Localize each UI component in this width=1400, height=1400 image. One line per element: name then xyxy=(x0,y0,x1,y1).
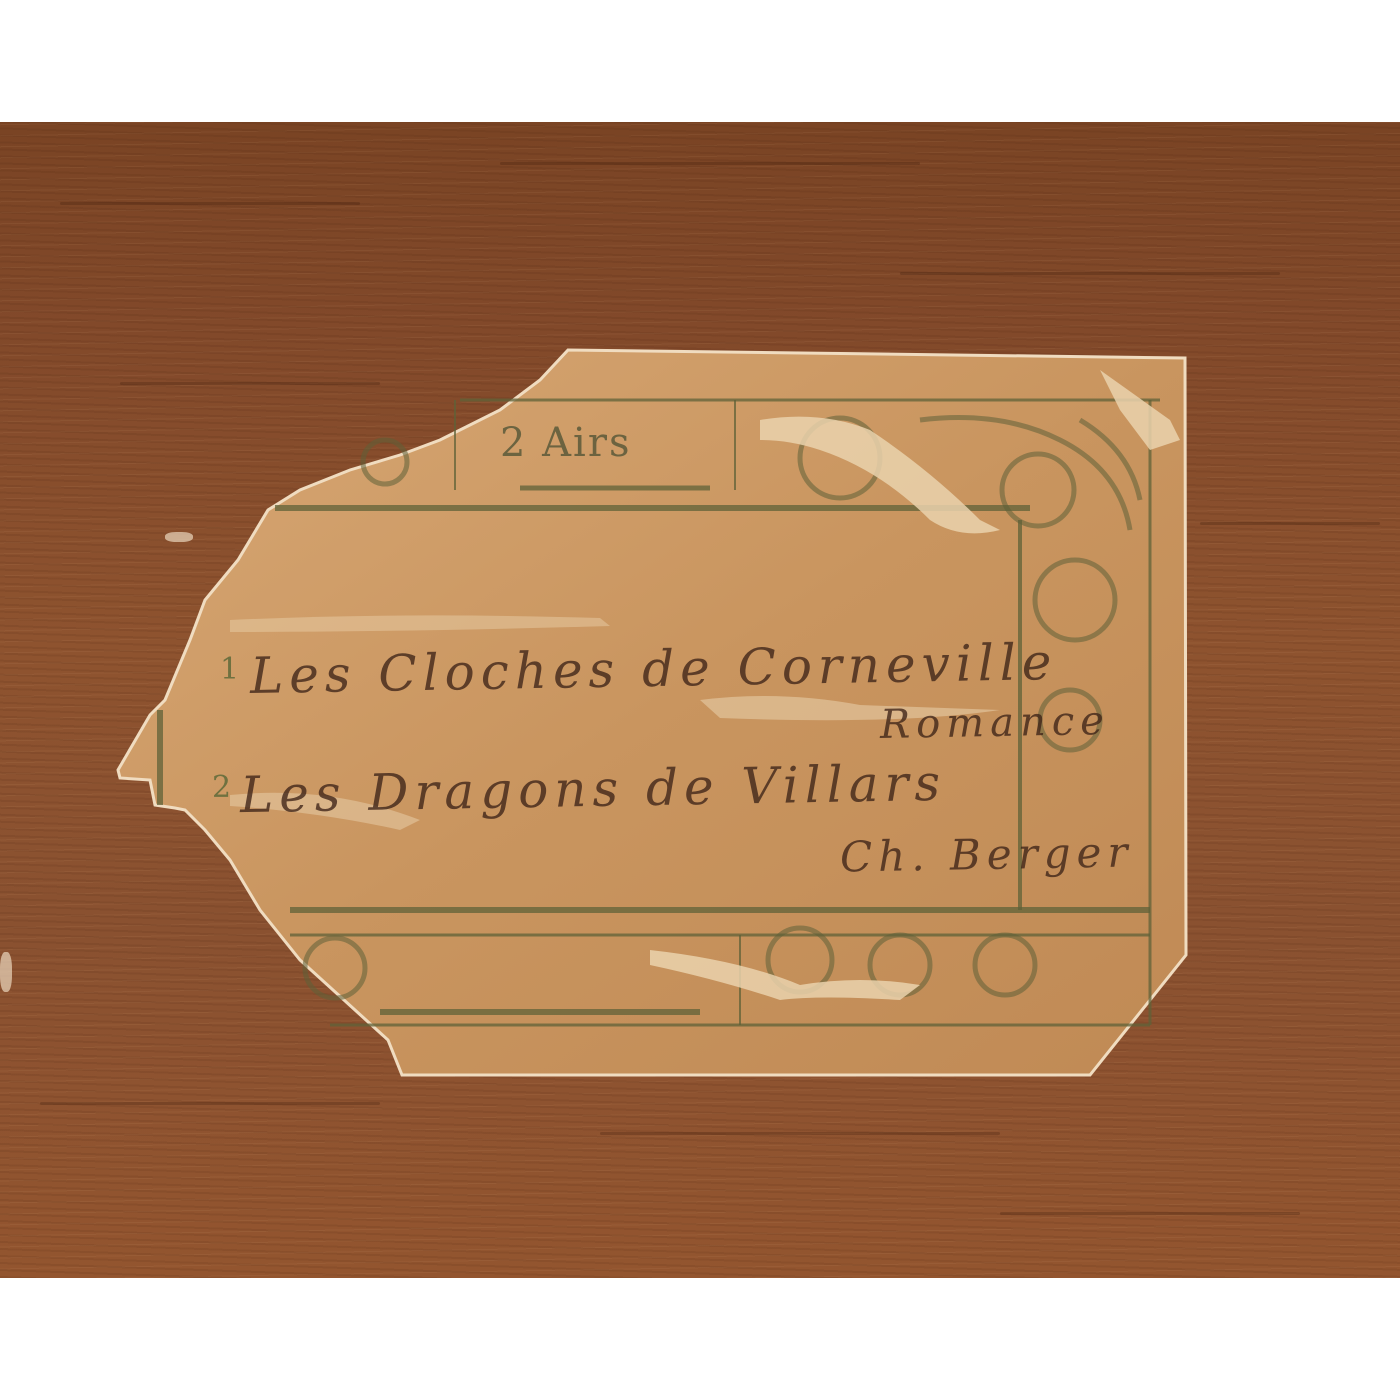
handwritten-line-2: Les Dragons de Villars xyxy=(240,754,947,824)
paper-label xyxy=(0,0,1400,1400)
line-number-1: 1 xyxy=(220,652,239,687)
handwritten-line-2-continuation: Ch. Berger xyxy=(840,827,1134,881)
handwritten-line-1-continuation: Romance xyxy=(880,698,1111,748)
line-number-2: 2 xyxy=(212,770,231,805)
printed-title: 2 Airs xyxy=(500,420,632,466)
